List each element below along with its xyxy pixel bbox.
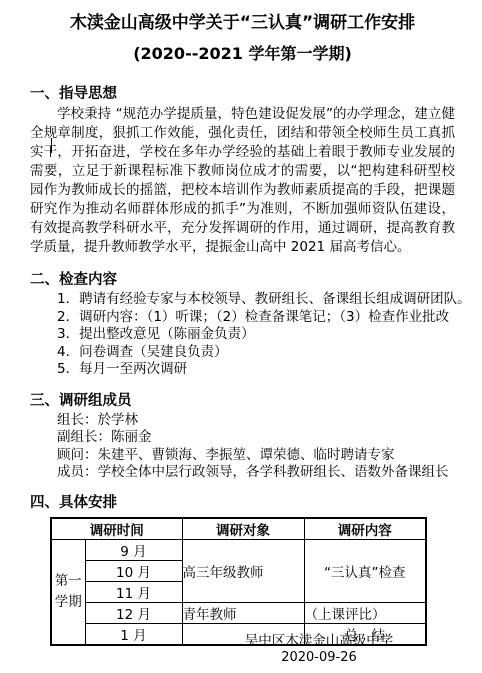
month-cell: 11 月 <box>85 581 182 602</box>
table-row: 第一学期 9 月 高三年级教师 “三认真”检查 <box>51 539 426 560</box>
table-row: 12 月 青年教师 （上课评比） <box>51 602 426 623</box>
month-cell: 12 月 <box>85 602 182 623</box>
section1-paragraph: 学校秉持 “规范办学提质量，特色建设促发展”的办学理念，建立健全规章制度，狠抓工… <box>30 105 455 257</box>
section3-heading: 三、调研组成员 <box>30 393 455 410</box>
signature-date: 2020-09-26 <box>156 650 482 666</box>
list-item: 顾问：朱建平、曹锁海、李振堃、谭荣德、临时聘请专家 <box>30 447 455 465</box>
section4-heading: 四、具体安排 <box>30 495 455 512</box>
document-subtitle: (2020--2021 学年第一学期) <box>30 44 455 63</box>
section3-list: 组长：於学林 副组长：陈丽金 顾问：朱建平、曹锁海、李振堃、谭荣德、临时聘请专家… <box>30 412 455 482</box>
list-item: 组长：於学林 <box>30 412 455 430</box>
month-cell: 9 月 <box>85 539 182 560</box>
column-header-content: 调研内容 <box>304 518 426 540</box>
list-item: 副组长：陈丽金 <box>30 429 455 447</box>
month-cell: 10 月 <box>85 560 182 581</box>
document-title: 木渎金山高级中学关于“三认真”调研工作安排 <box>30 13 455 33</box>
semester-cell: 第一学期 <box>51 539 85 645</box>
schedule-table: 调研时间 调研对象 调研内容 第一学期 9 月 高三年级教师 “三认真”检查 1… <box>50 517 427 646</box>
list-item: 2．调研内容：（1）听课；（2）检查备课笔记；（3）检查作业批改 <box>30 309 455 327</box>
section1-heading: 一、指导思想 <box>30 86 455 103</box>
document-page[interactable]: 木渎金山高级中学关于“三认真”调研工作安排 (2020--2021 学年第一学期… <box>0 0 482 673</box>
list-item: 3．提出整改意见（陈丽金负责） <box>30 326 455 344</box>
column-header-target: 调研对象 <box>182 518 304 540</box>
column-header-time: 调研时间 <box>51 518 182 540</box>
signature-school: 吴中区木渎金山高级中学 <box>156 633 482 650</box>
table-header-row: 调研时间 调研对象 调研内容 <box>51 518 426 540</box>
text-caret <box>51 138 52 153</box>
list-item: 4．问卷调查（吴建良负责） <box>30 344 455 362</box>
list-item: 成员：学校全体中层行政领导，各学科教研组长、语数外备课组长 <box>30 464 455 482</box>
list-item: 5．每月一至两次调研 <box>30 361 455 379</box>
content-cell-dec: （上课评比） <box>304 602 426 623</box>
signature-block: 吴中区木渎金山高级中学 2020-09-26 <box>0 633 482 666</box>
section2-list: 1．聘请有经验专家与本校领导、教研组长、备课组长组成调研团队。 2．调研内容：（… <box>30 291 455 379</box>
content-cell-sep-nov: “三认真”检查 <box>304 539 426 602</box>
section2-heading: 二、检查内容 <box>30 272 455 289</box>
target-cell-dec: 青年教师 <box>182 602 304 623</box>
list-item: 1．聘请有经验专家与本校领导、教研组长、备课组长组成调研团队。 <box>30 291 455 309</box>
target-cell-sep-nov: 高三年级教师 <box>182 539 304 602</box>
